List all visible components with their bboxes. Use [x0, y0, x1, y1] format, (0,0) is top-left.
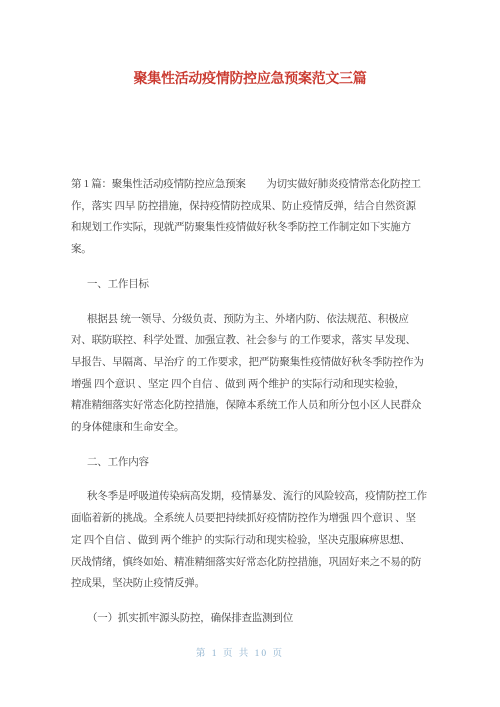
text-line: 的身体健康和生命安全。: [71, 417, 429, 439]
text-line: 秋冬季是呼吸道传染病高发期，疫情暴发、流行的风险较高，疫情防控工作: [71, 486, 429, 508]
document-page: 聚集性活动疫情防控应急预案范文三篇 第 1 篇：聚集性活动疫情防控应急预案 为切…: [0, 0, 500, 707]
text-line: 厌战情绪，慎终如始、精准精细落实好常态化防控措施，巩固好来之不易的防: [71, 552, 429, 574]
paragraph-work-goals: 根据县 统一领导、分级负责、预防为主、外堵内防、依法规范、积极应 对、联防联控、…: [71, 309, 429, 439]
text-line: 精准精细落实好常态化防控措施，保障本系统工作人员和所分包小区人民群众: [71, 395, 429, 417]
document-title: 聚集性活动疫情防控应急预案范文三篇: [0, 69, 500, 87]
section-heading-work-content: 二、工作内容: [71, 452, 429, 474]
text-line: 和规划工作实际，现就严防聚集性疫情做好秋冬季防控工作制定如下实施方: [71, 217, 429, 239]
section-heading-work-goals: 一、工作目标: [71, 274, 429, 296]
page-indicator: 第 1 页 共 10 页: [196, 649, 284, 659]
text-line: 面临着新的挑战。全系统人员要把持续抓好疫情防控作为增强 四个意识 、坚: [71, 508, 429, 530]
text-line: 定 四个自信 、做到 两个维护 的实际行动和现实检验，坚决克服麻痹思想、: [71, 530, 429, 552]
text-line: 第 1 篇：聚集性活动疫情防控应急预案 为切实做好肺炎疫情常态化防控工: [71, 174, 429, 196]
text-line: 作，落实 四早 防控措施，保持疫情防控成果、防止疫情反弹，结合自然资源: [71, 196, 429, 218]
subsection-heading-source-control: （一）抓实抓牢源头防控，确保排查监测到位: [71, 608, 429, 630]
paragraph-work-content: 秋冬季是呼吸道传染病高发期，疫情暴发、流行的风险较高，疫情防控工作 面临着新的挑…: [71, 486, 429, 595]
document-body: 第 1 篇：聚集性活动疫情防控应急预案 为切实做好肺炎疫情常态化防控工 作，落实…: [71, 174, 429, 643]
paragraph-intro: 第 1 篇：聚集性活动疫情防控应急预案 为切实做好肺炎疫情常态化防控工 作，落实…: [71, 174, 429, 261]
text-line: 根据县 统一领导、分级负责、预防为主、外堵内防、依法规范、积极应: [71, 309, 429, 331]
text-line: 案。: [71, 239, 429, 261]
text-line: 控成果，坚决防止疫情反弹。: [71, 573, 429, 595]
text-line: 增强 四个意识 、坚定 四个自信 、做到 两个维护 的实际行动和现实检验，: [71, 374, 429, 396]
text-line: 对、联防联控、科学处置、加强宣教、社会参与 的工作要求，落实 早发现、: [71, 330, 429, 352]
text-line: 早报告、早隔离、早治疗 的工作要求，把严防聚集性疫情做好秋冬季防控作为: [71, 352, 429, 374]
page-footer: 第 1 页 共 10 页: [0, 645, 480, 659]
